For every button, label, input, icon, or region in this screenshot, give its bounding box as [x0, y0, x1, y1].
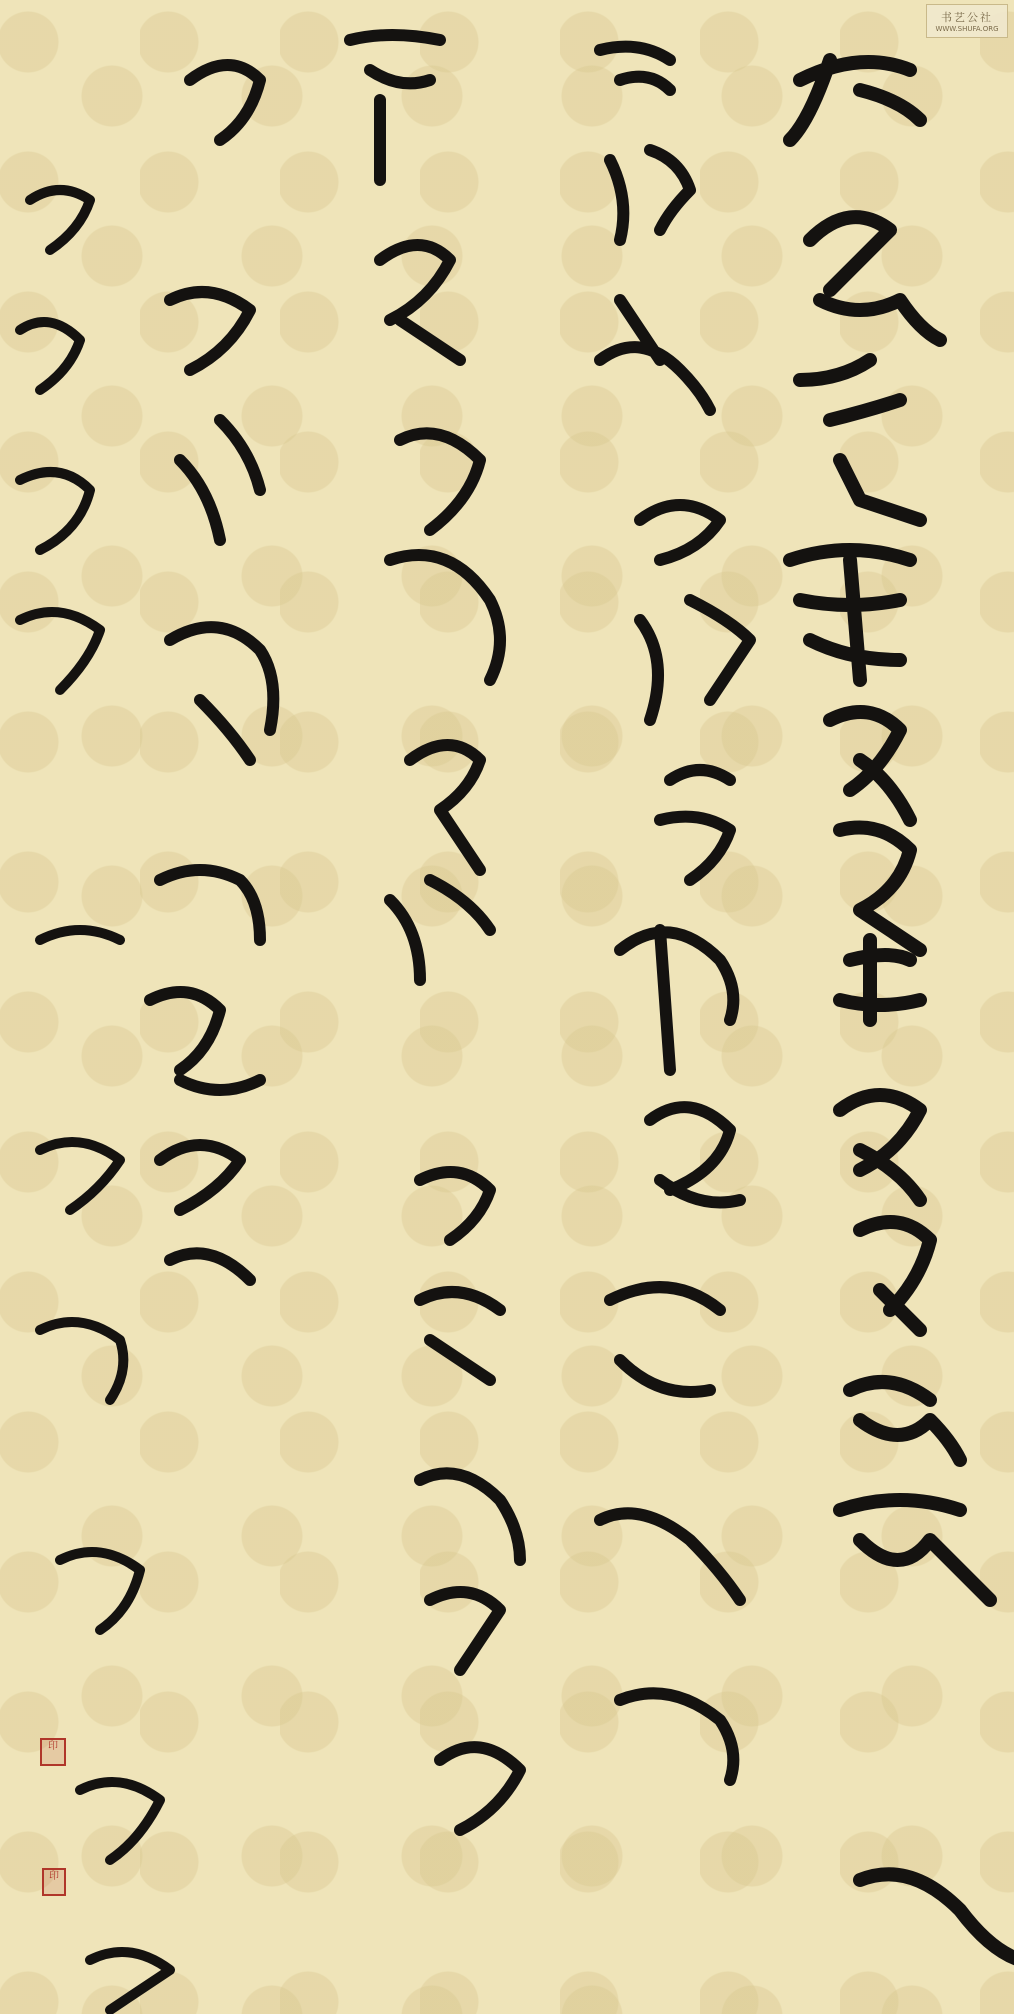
column-5-signature — [20, 190, 170, 2010]
column-4 — [150, 65, 273, 1280]
column-2 — [600, 47, 750, 1780]
column-1 — [790, 60, 1014, 1960]
watermark-url: WWW.SHUFA.ORG — [935, 25, 998, 33]
seal-stamp-upper: 印 — [40, 1738, 66, 1766]
seal-stamp-lower: 印 — [42, 1868, 66, 1896]
watermark-title: 书艺公社 — [941, 9, 993, 25]
shufa-watermark: 书艺公社 WWW.SHUFA.ORG — [926, 4, 1008, 38]
column-3 — [350, 35, 520, 1830]
calligraphy-ink — [0, 0, 1014, 2014]
